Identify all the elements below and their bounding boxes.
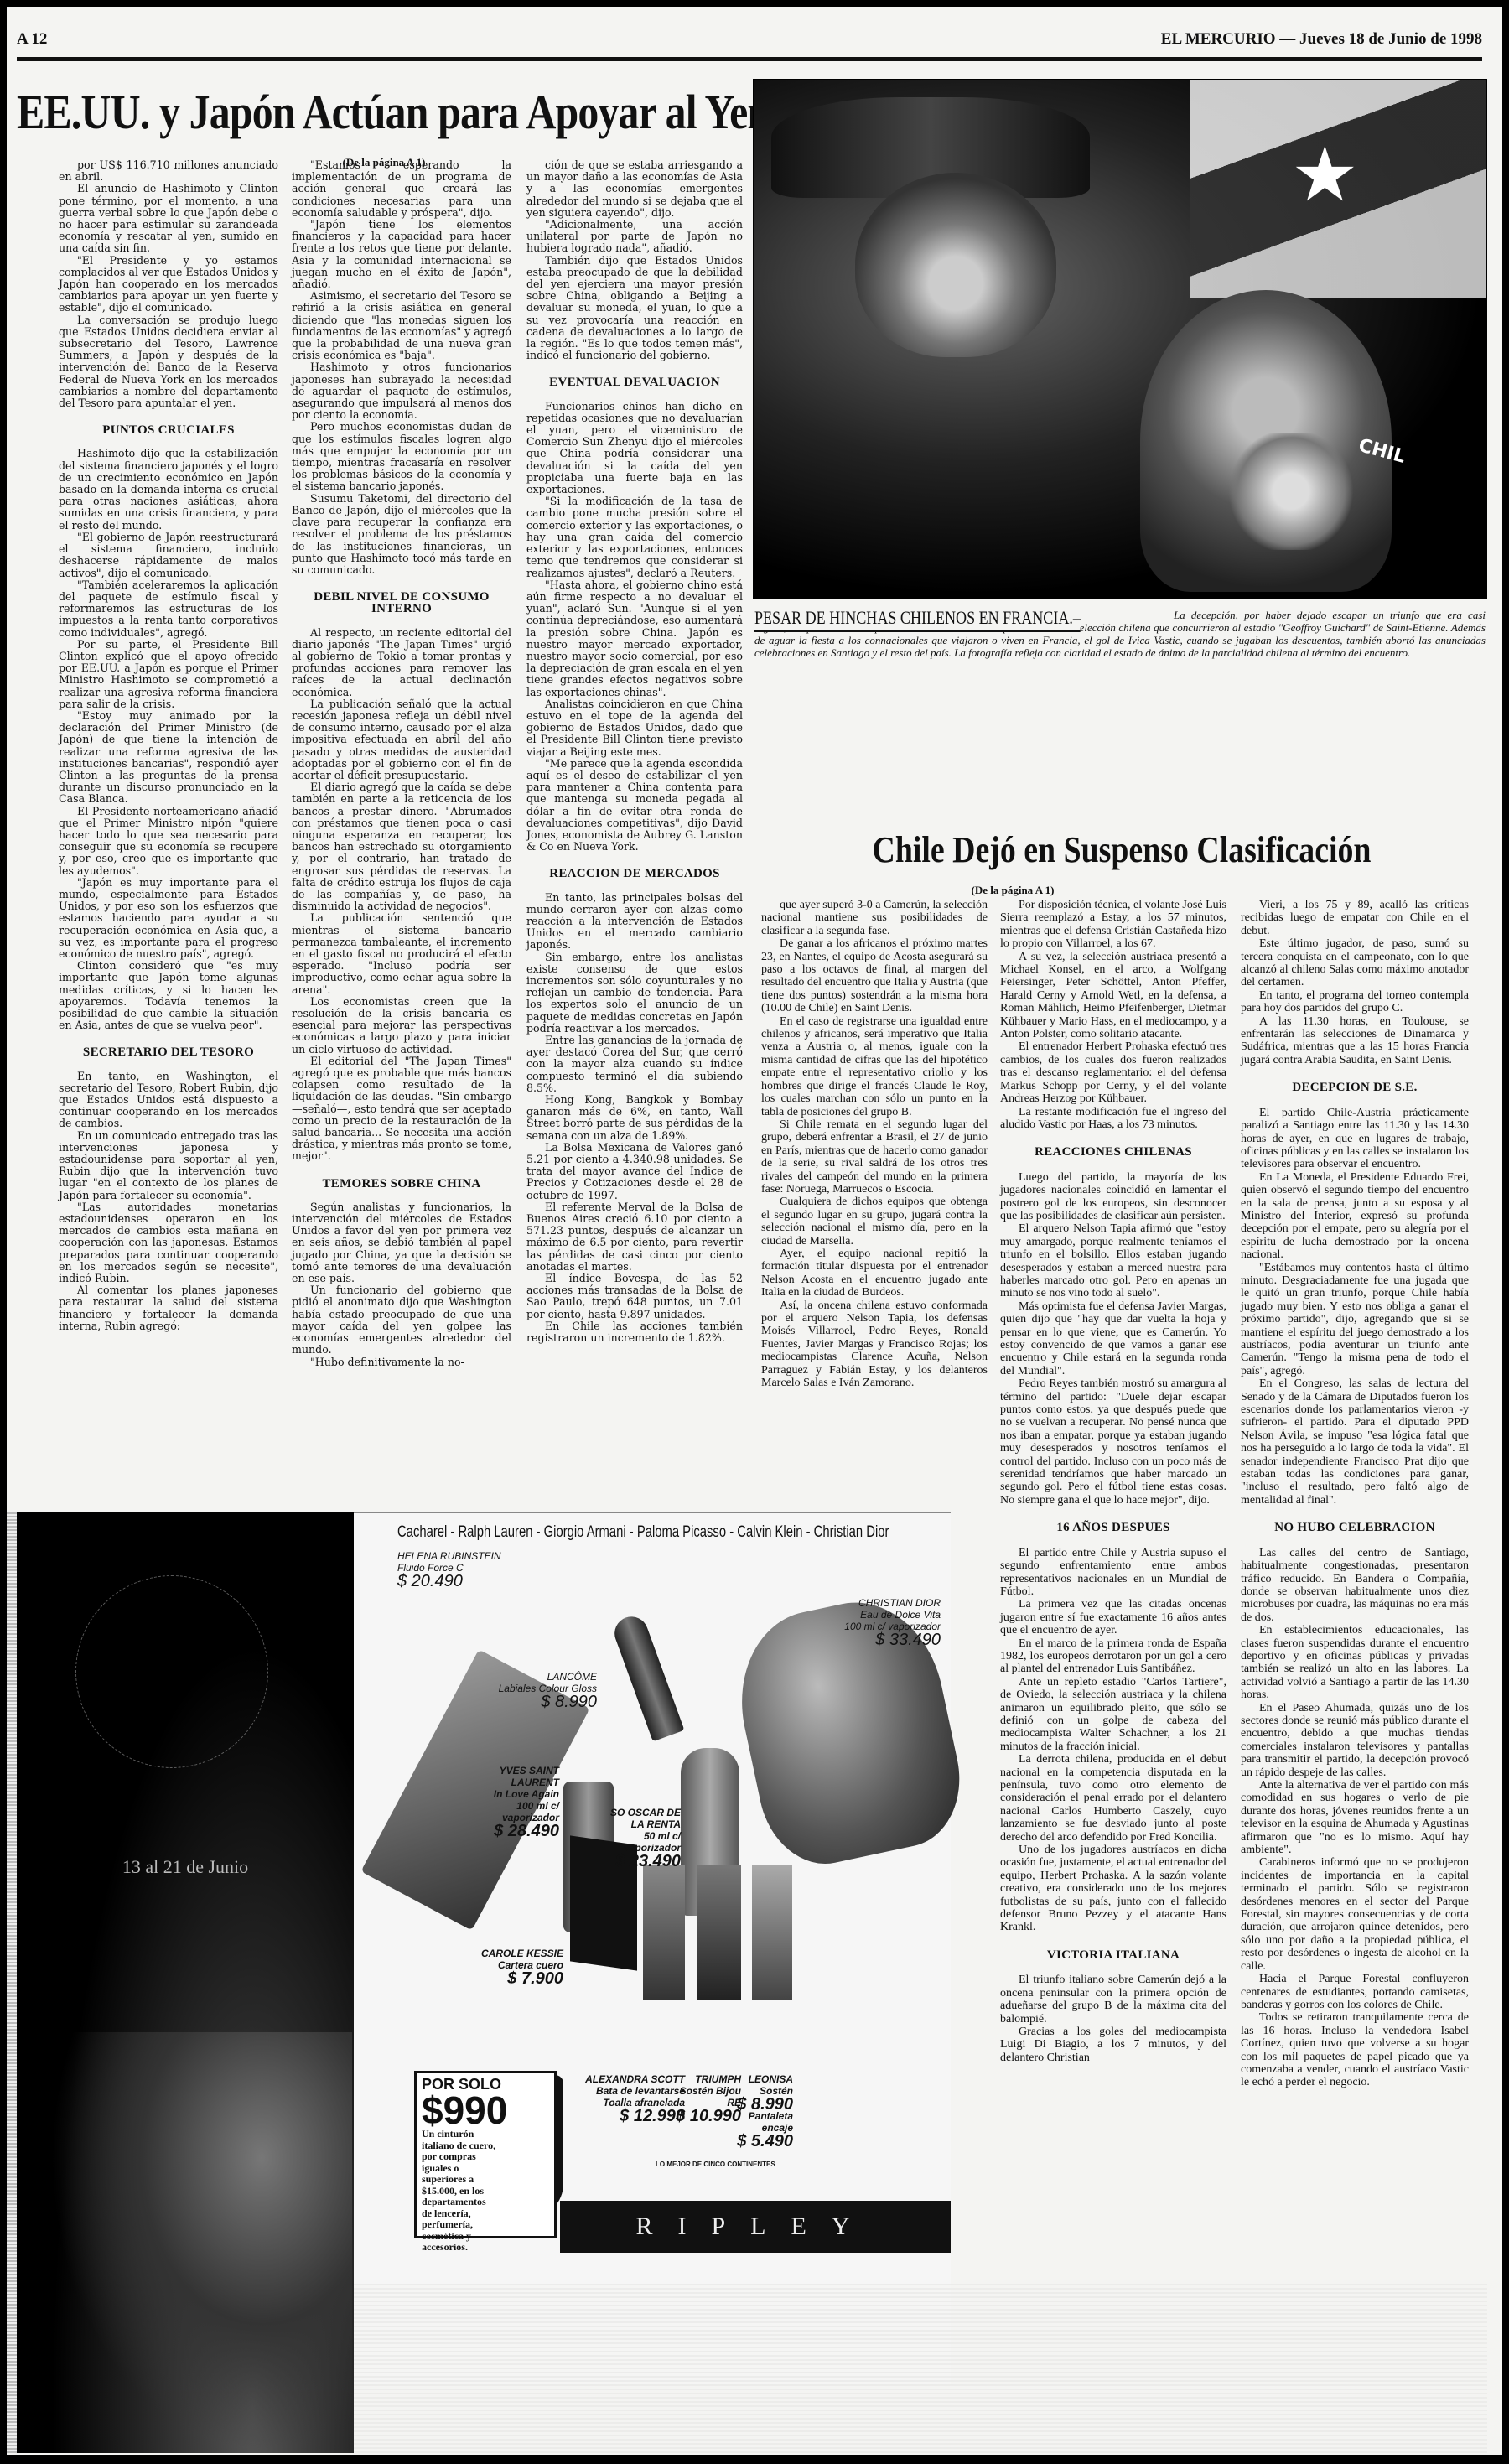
product-helena: HELENA RUBINSTEIN Fluido Force C $ 20.49…: [397, 1550, 501, 1587]
paragraph: Sin embargo, entre los analistas existe …: [526, 952, 743, 1035]
paragraph: "El Presidente y yo estamos complacidos …: [59, 255, 278, 314]
publication-date: EL MERCURIO — Jueves 18 de Junio de 1998: [1161, 30, 1482, 49]
paragraph: En La Moneda, el Presidente Eduardo Frei…: [1241, 1171, 1469, 1262]
article1-column-3: ción de que se estaba arriesgando a un m…: [526, 159, 743, 1344]
paragraph: En el Paseo Ahumada, quizás uno de los s…: [1241, 1702, 1469, 1779]
article2-column-1: que ayer superó 3-0 a Camerún, la selecc…: [761, 899, 988, 1389]
paragraph: Pedro Reyes también mostró su amargura a…: [1000, 1377, 1226, 1507]
paragraph: "Estamos esperando la implementación de …: [292, 159, 511, 219]
article1-column-2: "Estamos esperando la implementación de …: [292, 159, 511, 1368]
paragraph: Todos se retiraron tranquilamente cerca …: [1241, 2011, 1469, 2088]
paragraph: Hashimoto dijo que la estabilización del…: [59, 448, 278, 531]
paragraph: ción de que se estaba arriesgando a un m…: [526, 159, 743, 219]
paragraph: En tanto, las principales bolsas del mun…: [526, 892, 743, 952]
paragraph: Según analistas y funcionarios, la inter…: [292, 1201, 511, 1284]
product-carole-kessie: CAROLE KESSIE Cartera cuero $ 7.900: [480, 1948, 563, 1984]
section-subhead: VICTORIA ITALIANA: [1000, 1949, 1226, 1962]
section-subhead: REACCIONES CHILENAS: [1000, 1146, 1226, 1159]
lingerie-photo: [752, 1865, 792, 2000]
small-logo-tagline: LO MEJOR DE CINCO CONTINENTES: [656, 2161, 775, 2168]
paragraph: El anuncio de Hashimoto y Clinton pone t…: [59, 183, 278, 254]
paragraph: El índice Bovespa, de las 52 acciones má…: [526, 1273, 743, 1320]
photo-hands: [1224, 433, 1358, 550]
ripley-logo: RIPLEY: [560, 2201, 951, 2253]
paragraph: De ganar a los africanos el próximo mart…: [761, 937, 988, 1014]
newspaper-page: A 12 EL MERCURIO — Jueves 18 de Junio de…: [7, 7, 1502, 2455]
paragraph: Entre las ganancias de la jornada de aye…: [526, 1035, 743, 1094]
article1-column-1: por US$ 116.710 millones anunciado en ab…: [59, 159, 278, 1332]
article2-kicker: (De la página A 1): [887, 884, 1138, 897]
paragraph: Ante la alternativa de ver el partido co…: [1241, 1779, 1469, 1856]
paragraph: Este último jugador, de paso, sumó su te…: [1241, 937, 1469, 989]
paragraph: Carabineros informó que no se produjeron…: [1241, 1856, 1469, 1973]
paragraph: El partido Chile-Austria prácticamente p…: [1241, 1107, 1469, 1171]
paragraph: Gracias a los goles del mediocampista Lu…: [1000, 2026, 1226, 2064]
page-number: A 12: [17, 30, 47, 49]
paragraph: A las 11.30 horas, en Toulouse, se enfre…: [1241, 1015, 1469, 1067]
paragraph: Un funcionario del gobierno que pidió el…: [292, 1284, 511, 1356]
section-subhead: NO HUBO CELEBRACION: [1241, 1522, 1469, 1534]
star-icon: ★: [1291, 131, 1359, 219]
paragraph: En Chile las acciones también registraro…: [526, 1320, 743, 1344]
paragraph: Ayer, el equipo nacional repitió la form…: [761, 1248, 988, 1299]
ad-brands-line: Cacharel - Ralph Lauren - Giorgio Armani…: [397, 1523, 889, 1542]
ad-dates: 13 al 21 de Junio: [17, 1856, 354, 1878]
paragraph: "Si la modificación de la tasa de cambio…: [526, 495, 743, 578]
paragraph: "Estoy muy animado por la declaración de…: [59, 710, 278, 806]
paragraph: En tanto, el programa del torneo contemp…: [1241, 989, 1469, 1015]
paragraph: El arquero Nelson Tapia afirmó que "esto…: [1000, 1222, 1226, 1299]
paragraph: Vieri, a los 75 y 89, acalló las crítica…: [1241, 899, 1469, 937]
ad-products-panel: Cacharel - Ralph Lauren - Giorgio Armani…: [354, 1512, 951, 2384]
paragraph: Clinton consideró que "es muy importante…: [59, 960, 278, 1031]
section-subhead: DEBIL NIVEL DE CONSUMO INTERNO: [292, 591, 511, 615]
paragraph: "Hubo definitivamente la no-: [292, 1356, 511, 1368]
product-triumph: TRIUMPH Sostén Bijou RE $ 10.990: [664, 2073, 741, 2122]
article2-column-3: Vieri, a los 75 y 89, acalló las crítica…: [1241, 899, 1469, 2089]
paragraph: Funcionarios chinos han dicho en repetid…: [526, 401, 743, 496]
paragraph: El referente Merval de la Bolsa de Bueno…: [526, 1201, 743, 1273]
paragraph: En el marco de la primera ronda de Españ…: [1000, 1637, 1226, 1676]
bleed-through-area: [354, 2284, 1487, 2453]
paragraph: También dijo que Estados Unidos estaba p…: [526, 255, 743, 362]
paragraph: Al respecto, un reciente editorial del d…: [292, 627, 511, 698]
paragraph: por US$ 116.710 millones anunciado en ab…: [59, 159, 278, 183]
paragraph: "Las autoridades monetarias estadouniden…: [59, 1201, 278, 1284]
paragraph: Uno de los jugadores austríacos en dicha…: [1000, 1844, 1226, 1934]
paragraph: En tanto, en Washington, el secretario d…: [59, 1071, 278, 1130]
paragraph: El Presidente norteamericano añadió que …: [59, 806, 278, 877]
paragraph: "También aceleraremos la aplicación del …: [59, 579, 278, 639]
paragraph: "Hasta ahora, el gobierno chino está aún…: [526, 579, 743, 698]
product-leonisa: LEONISA Sostén $ 8.990 Pantaleta encaje …: [731, 2073, 793, 2147]
paragraph: En el caso de registrarse una igualdad e…: [761, 1015, 988, 1118]
paragraph: La conversación se produjo luego que Est…: [59, 314, 278, 410]
paragraph: Los economistas creen que la resolución …: [292, 996, 511, 1056]
paragraph: Por disposición técnica, el volante José…: [1000, 899, 1226, 951]
paragraph: La restante modificación fue el ingreso …: [1000, 1106, 1226, 1132]
bra-photo: [697, 1865, 741, 2000]
paragraph: La Bolsa Mexicana de Valores ganó 5.21 p…: [526, 1142, 743, 1201]
paragraph: El editorial del "The Japan Times" agreg…: [292, 1056, 511, 1163]
paragraph: "Adicionalmente, una acción unilateral p…: [526, 219, 743, 255]
section-subhead: EVENTUAL DEVALUACION: [526, 376, 743, 388]
paragraph: que ayer superó 3-0 a Camerún, la selecc…: [761, 899, 988, 937]
paragraph: Hong Kong, Bangkok y Bombay ganaron más …: [526, 1094, 743, 1142]
paragraph: Cualquiera de dichos equipos que obtenga…: [761, 1196, 988, 1248]
paragraph: Las calles del centro de Santiago, habit…: [1241, 1547, 1469, 1624]
product-dior: CHRISTIAN DIOR Eau de Dolce Vita 100 ml …: [798, 1597, 941, 1646]
paragraph: El diario agregó que la caída se debe ta…: [292, 781, 511, 912]
paragraph: En establecimientos educacionales, las c…: [1241, 1624, 1469, 1701]
paragraph: En el Congreso, las salas de lectura del…: [1241, 1377, 1469, 1507]
paragraph: Por su parte, el Presidente Bill Clinton…: [59, 639, 278, 710]
robe-photo: [643, 1865, 685, 2000]
paragraph: Luego del partido, la mayoría de los jug…: [1000, 1171, 1226, 1223]
paragraph: La primera vez que las citadas oncenas j…: [1000, 1598, 1226, 1637]
section-subhead: 16 AÑOS DESPUES: [1000, 1522, 1226, 1534]
paragraph: "Japón es muy importante para el mundo, …: [59, 877, 278, 960]
bleed-through-strip: [7, 1512, 17, 2453]
paragraph: Más optimista fue el defensa Javier Marg…: [1000, 1300, 1226, 1377]
masthead-rule: [17, 57, 1482, 61]
promo-text: Un cinturón italiano de cuero, por compr…: [422, 2129, 497, 2254]
section-subhead: TEMORES SOBRE CHINA: [292, 1178, 511, 1190]
paragraph: A su vez, la selección austriaca present…: [1000, 951, 1226, 1041]
paragraph: Analistas coincidieron en que China estu…: [526, 698, 743, 758]
section-subhead: DECEPCION DE S.E.: [1241, 1082, 1469, 1094]
article2-headline: Chile Dejó en Suspenso Clasificación: [812, 828, 1432, 871]
paragraph: Al comentar los planes japoneses para re…: [59, 1284, 278, 1332]
paragraph: La derrota chilena, producida en el debu…: [1000, 1753, 1226, 1844]
photo-caption-title: PESAR DE HINCHAS CHILENOS EN FRANCIA.–: [754, 607, 1081, 632]
product-ysl: YVES SAINT LAURENT In Love Again 100 ml …: [471, 1765, 559, 1837]
paragraph: El triunfo italiano sobre Camerún dejó a…: [1000, 1974, 1226, 2026]
ad-left-panel: 13 al 21 de Junio: [17, 1512, 354, 2453]
paragraph: Susumu Taketomi, del directorio del Banc…: [292, 493, 511, 576]
paragraph: En un comunicado entregado tras las inte…: [59, 1130, 278, 1201]
product-oscar: SO OSCAR DE LA RENTA 50 ml c/ vaporizado…: [597, 1807, 681, 1867]
promo-price: $990: [422, 2092, 549, 2129]
paragraph: "Japón tiene los elementos financieros y…: [292, 219, 511, 290]
circle-logo: [75, 1575, 268, 1768]
promo-box: POR SOLO $990 Un cinturón italiano de cu…: [414, 2071, 557, 2238]
paragraph: Así, la oncena chilena estuvo conformada…: [761, 1299, 988, 1390]
paragraph: El entrenador Herbert Prohaska efectuó t…: [1000, 1040, 1226, 1105]
article2-column-2: Por disposición técnica, el volante José…: [1000, 899, 1226, 2064]
paragraph: El partido entre Chile y Austria supuso …: [1000, 1547, 1226, 1599]
paragraph: Si Chile remata en el segundo lugar del …: [761, 1118, 988, 1196]
paragraph: "Me parece que la agenda escondida aquí …: [526, 758, 743, 853]
section-subhead: PUNTOS CRUCIALES: [59, 424, 278, 436]
lipstick-shape: [610, 1612, 685, 1742]
article1-headline: EE.UU. y Japón Actúan para Apoyar al Yen: [17, 84, 745, 140]
section-subhead: SECRETARIO DEL TESORO: [59, 1046, 278, 1058]
paragraph: Hacia el Parque Forestal confluyeron cen…: [1241, 1973, 1469, 2011]
ad-model-photo: [50, 2032, 352, 2451]
paragraph: Asimismo, el secretario del Tesoro se re…: [292, 290, 511, 361]
paragraph: Hashimoto y otros funcionarios japoneses…: [292, 361, 511, 421]
paragraph: "El gobierno de Japón reestructurará el …: [59, 532, 278, 579]
paragraph: La publicación sentenció que mientras el…: [292, 912, 511, 995]
paragraph: La publicación señaló que la actual rece…: [292, 698, 511, 781]
product-lancome: LANCÔME Labiales Colour Gloss $ 8.990: [471, 1671, 597, 1708]
paragraph: "Estábamos muy contentos hasta el último…: [1241, 1262, 1469, 1378]
paragraph: Ante un repleto estadio "Carlos Tartiere…: [1000, 1676, 1226, 1753]
photo-fan-left: [855, 173, 1056, 357]
section-subhead: REACCION DE MERCADOS: [526, 868, 743, 879]
paragraph: Pero muchos economistas dudan de que los…: [292, 421, 511, 492]
fans-photo: ★ CHIL: [753, 79, 1487, 599]
